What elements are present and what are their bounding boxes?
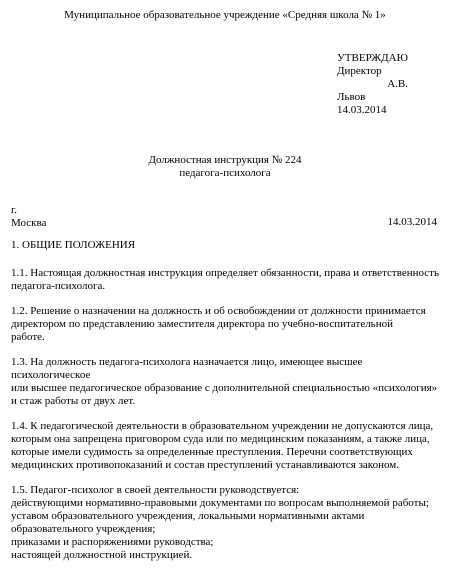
document-body: 1.1. Настоящая должностная инструкция оп… — [11, 267, 441, 569]
paragraph-1-1: 1.1. Настоящая должностная инструкция оп… — [11, 267, 441, 293]
approval-surname: Львов — [337, 91, 416, 104]
doc-date: 14.03.2014 — [388, 216, 438, 229]
document-title: Должностная инструкция № 224 педагога-пс… — [0, 154, 450, 180]
paragraph-1-3: 1.3. На должность педагога-психолога наз… — [11, 356, 441, 408]
approval-date: 14.03.2014 — [337, 104, 416, 117]
place-block: г. Москва — [11, 204, 46, 230]
approval-stamp: УТВЕРЖДАЮ — [337, 52, 416, 65]
paragraph-1-2: 1.2. Решение о назначении на должность и… — [11, 305, 441, 344]
paragraph-1-5: 1.5. Педагог-психолог в своей деятельнос… — [11, 484, 441, 562]
org-name: Муниципальное образовательное учреждение… — [0, 9, 450, 22]
approval-block: УТВЕРЖДАЮ Директор А.В. Львов 14.03.2014 — [337, 52, 416, 117]
section-heading: 1. ОБЩИЕ ПОЛОЖЕНИЯ — [11, 239, 135, 252]
approval-initials: А.В. — [337, 78, 416, 91]
approval-role: Директор — [337, 65, 416, 78]
paragraph-1-4: 1.4. К педагогической деятельности в обр… — [11, 420, 441, 472]
